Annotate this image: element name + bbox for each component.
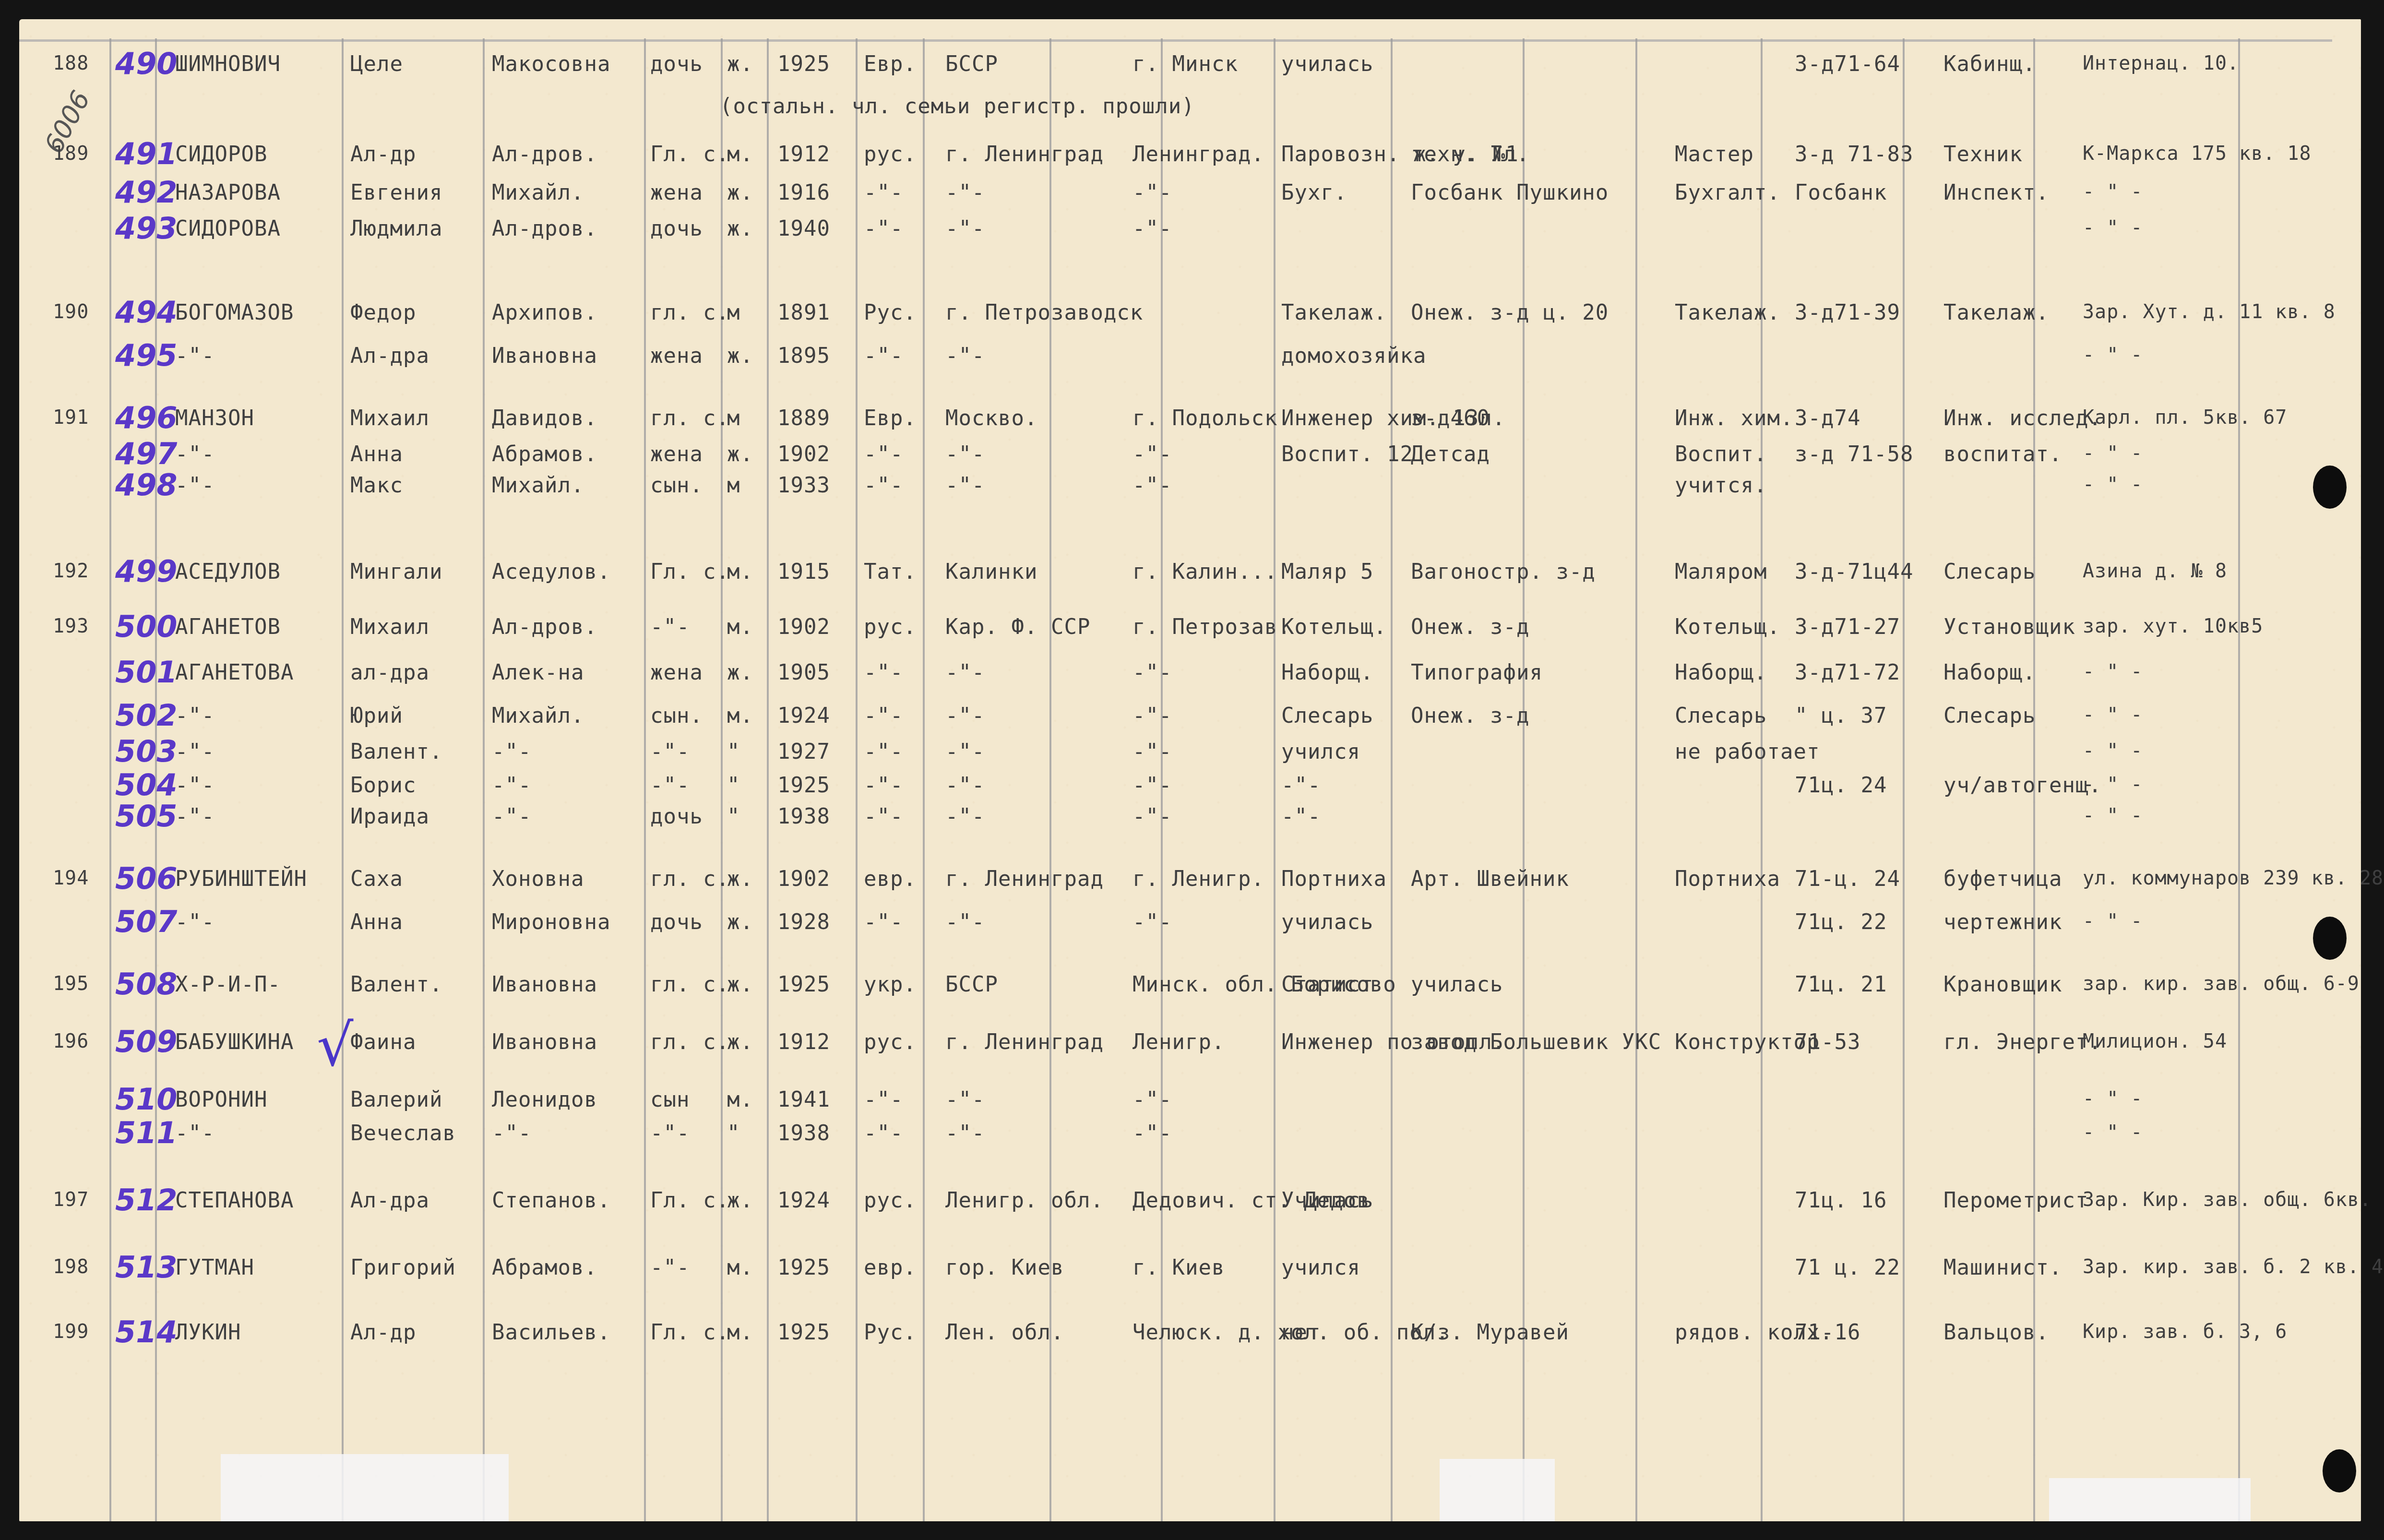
cell-surname: АГАНЕТОВ bbox=[175, 617, 281, 638]
cell-num: 509 bbox=[115, 1027, 177, 1057]
cell-year: 1928 bbox=[777, 912, 830, 933]
cell-nat: -"- bbox=[864, 1123, 903, 1144]
cell-birth1: Лен. обл. bbox=[945, 1322, 1064, 1343]
cell-relation: Гл. с. bbox=[650, 561, 729, 583]
cell-year: 1902 bbox=[777, 617, 830, 638]
cell-address: - " - bbox=[2083, 705, 2143, 725]
cell-work2: К/з. Муравей bbox=[1411, 1322, 1569, 1343]
checkmark-icon: √ bbox=[317, 1017, 353, 1075]
cell-birth1: Кар. Ф. ССР bbox=[945, 617, 1090, 638]
cell-surname: АСЕДУЛОВ bbox=[175, 561, 281, 583]
cell-sex: м. bbox=[727, 144, 753, 165]
cell-prof2: Установщик bbox=[1943, 617, 2075, 638]
cell-relation: гл. с. bbox=[650, 974, 729, 995]
cell-patronymic: -"- bbox=[492, 775, 531, 796]
cell-address: зар. кир. зав. общ. 6-9 bbox=[2083, 974, 2360, 993]
cell-birth2: -"- bbox=[1132, 218, 1172, 239]
cell-num: 500 bbox=[115, 612, 177, 642]
cell-nat: -"- bbox=[864, 182, 903, 203]
cell-patronymic: Степанов. bbox=[492, 1190, 610, 1211]
cell-nat: Рус. bbox=[864, 302, 917, 323]
cell-patronymic: Мироновна bbox=[492, 912, 610, 933]
cell-num: 499 bbox=[115, 557, 177, 586]
cell-surname: ГУТМАН bbox=[175, 1257, 254, 1278]
top-rule bbox=[19, 39, 2332, 42]
cell-birth2: -"- bbox=[1132, 444, 1172, 465]
cell-sex: м bbox=[727, 408, 740, 429]
cell-name: Валент. bbox=[350, 974, 442, 995]
cell-name: Фаина bbox=[350, 1032, 416, 1053]
cell-surname: СИДОРОВ bbox=[175, 144, 267, 165]
cell-year: 1924 bbox=[777, 705, 830, 727]
cell-work1: Бухг. bbox=[1281, 182, 1347, 203]
cell-address: Милицион. 54 bbox=[2083, 1032, 2227, 1051]
cell-relation: Гл. с. bbox=[650, 1190, 729, 1211]
cell-patronymic: Васильев. bbox=[492, 1322, 610, 1343]
cell-patronymic: Михайл. bbox=[492, 705, 584, 727]
cell-year: 1902 bbox=[777, 869, 830, 890]
column-rule bbox=[1274, 38, 1275, 1521]
cell-prof: Маляром bbox=[1675, 561, 1767, 583]
cell-prof2: гл. Энергет. bbox=[1943, 1032, 2102, 1053]
cell-sex: м bbox=[727, 302, 740, 323]
cell-surname: -"- bbox=[175, 475, 215, 496]
cell-code: 71-ц. 24 bbox=[1795, 869, 1900, 890]
cell-patronymic: -"- bbox=[492, 1123, 531, 1144]
cell-num: 495 bbox=[115, 341, 177, 370]
cell-relation: жена bbox=[650, 662, 703, 683]
cell-birth2: г. Ленигр. bbox=[1132, 869, 1264, 890]
cell-work1: Портниха bbox=[1281, 869, 1387, 890]
cell-patronymic: Абрамов. bbox=[492, 1257, 597, 1278]
cell-surname: -"- bbox=[175, 741, 215, 763]
cell-num: 513 bbox=[115, 1253, 177, 1282]
cell-name: Михаил bbox=[350, 617, 429, 638]
cell-work2: Онеж. з-д bbox=[1411, 705, 1529, 727]
cell-surname: АГАНЕТОВА bbox=[175, 662, 294, 683]
cell-address: Кир. зав. б. 3, 6 bbox=[2083, 1322, 2287, 1341]
cell-address: ул. коммунаров 239 кв. 28 bbox=[2083, 869, 2384, 888]
cell-work1: Наборщ. bbox=[1281, 662, 1373, 683]
cell-year: 1905 bbox=[777, 662, 830, 683]
cell-work1: училась bbox=[1281, 54, 1373, 75]
cell-patronymic: Ал-дров. bbox=[492, 218, 597, 239]
cell-address: зар. хут. 10кв5 bbox=[2083, 617, 2263, 636]
cell-birth2: -"- bbox=[1132, 475, 1172, 496]
column-rule bbox=[1523, 38, 1525, 1521]
cell-surname: СТЕПАНОВА bbox=[175, 1190, 294, 1211]
cell-name: Ал-дра bbox=[350, 1190, 429, 1211]
cell-sex: м. bbox=[727, 1322, 753, 1343]
column-rule bbox=[721, 38, 723, 1521]
cell-relation: жена bbox=[650, 444, 703, 465]
cell-address: - " - bbox=[2083, 475, 2143, 494]
cell-name: Анна bbox=[350, 912, 403, 933]
cell-birth1: г. Ленинград bbox=[945, 869, 1104, 890]
cell-relation: -"- bbox=[650, 775, 690, 796]
cell-code: 3-д 71-83 bbox=[1795, 144, 1913, 165]
cell-nat: Евр. bbox=[864, 54, 917, 75]
cell-work2: Арт. Швейник bbox=[1411, 869, 1569, 890]
cell-prof2: Вальцов. bbox=[1943, 1322, 2049, 1343]
cell-relation: дочь bbox=[650, 806, 703, 827]
cell-patronymic: Михайл. bbox=[492, 182, 584, 203]
cell-year: 1938 bbox=[777, 806, 830, 827]
cell-sex: ж. bbox=[727, 869, 753, 890]
cell-sex: ж. bbox=[727, 182, 753, 203]
cell-birth1: -"- bbox=[945, 912, 985, 933]
cell-fam: 196 bbox=[53, 1032, 89, 1051]
cell-code: 71ц. 24 bbox=[1795, 775, 1887, 796]
cell-name: Макс bbox=[350, 475, 403, 496]
cell-address: Интернац. 10. bbox=[2083, 54, 2239, 73]
cell-num: 497 bbox=[115, 439, 177, 469]
cell-patronymic: Алек-на bbox=[492, 662, 584, 683]
cell-birth2: -"- bbox=[1132, 705, 1172, 727]
tape-strip bbox=[221, 1454, 509, 1521]
cell-sex: ж. bbox=[727, 444, 753, 465]
cell-work2: Детсад bbox=[1411, 444, 1490, 465]
cell-surname: Х-Р-И-П- bbox=[175, 974, 281, 995]
cell-birth1: -"- bbox=[945, 1123, 985, 1144]
cell-relation: сын bbox=[650, 1089, 690, 1110]
cell-relation: гл. с. bbox=[650, 869, 729, 890]
cell-prof2: чертежник bbox=[1943, 912, 2062, 933]
cell-work2: училась bbox=[1411, 974, 1503, 995]
cell-surname: НАЗАРОВА bbox=[175, 182, 281, 203]
cell-birth1: -"- bbox=[945, 775, 985, 796]
cell-year: 1927 bbox=[777, 741, 830, 763]
cell-birth1: Ленигр. обл. bbox=[945, 1190, 1104, 1211]
cell-work1: Статист bbox=[1281, 974, 1373, 995]
cell-nat: -"- bbox=[864, 1089, 903, 1110]
cell-address: - " - bbox=[2083, 775, 2143, 794]
cell-name: Федор bbox=[350, 302, 416, 323]
cell-name: Ираида bbox=[350, 806, 429, 827]
cell-name: Валент. bbox=[350, 741, 442, 763]
cell-birth2: Ленигр. bbox=[1132, 1032, 1225, 1053]
cell-work2: Типография bbox=[1411, 662, 1543, 683]
cell-patronymic: Ал-дров. bbox=[492, 144, 597, 165]
cell-address: - " - bbox=[2083, 182, 2143, 202]
cell-name: Григорий bbox=[350, 1257, 456, 1278]
cell-address: - " - bbox=[2083, 346, 2143, 365]
cell-prof: Инж. хим. bbox=[1675, 408, 1793, 429]
cell-nat: -"- bbox=[864, 912, 903, 933]
cell-prof: Такелаж. bbox=[1675, 302, 1780, 323]
cell-relation: дочь bbox=[650, 218, 703, 239]
cell-patronymic: Архипов. bbox=[492, 302, 597, 323]
cell-num: 511 bbox=[115, 1118, 177, 1148]
cell-birth2: -"- bbox=[1132, 662, 1172, 683]
cell-relation: -"- bbox=[650, 741, 690, 763]
cell-birth1: -"- bbox=[945, 1089, 985, 1110]
cell-code: " ц. 37 bbox=[1795, 705, 1887, 727]
cell-work1: учился bbox=[1281, 1257, 1360, 1278]
cell-year: 1933 bbox=[777, 475, 830, 496]
cell-num: 512 bbox=[115, 1185, 177, 1215]
cell-relation: -"- bbox=[650, 617, 690, 638]
cell-birth2: -"- bbox=[1132, 741, 1172, 763]
cell-year: 1912 bbox=[777, 144, 830, 165]
cell-surname: -"- bbox=[175, 806, 215, 827]
cell-relation: дочь bbox=[650, 54, 703, 75]
column-rule bbox=[923, 38, 925, 1521]
cell-surname: РУБИНШТЕЙН bbox=[175, 869, 307, 890]
cell-nat: -"- bbox=[864, 218, 903, 239]
cell-fam: 189 bbox=[53, 144, 89, 163]
cell-fam: 193 bbox=[53, 617, 89, 636]
cell-birth2: -"- bbox=[1132, 1123, 1172, 1144]
cell-fam: 190 bbox=[53, 302, 89, 322]
cell-nat: Евр. bbox=[864, 408, 917, 429]
cell-birth1: г. Ленинград bbox=[945, 144, 1104, 165]
cell-name: Юрий bbox=[350, 705, 403, 727]
column-rule bbox=[483, 38, 485, 1521]
cell-work1: -"- bbox=[1281, 806, 1321, 827]
cell-nat: -"- bbox=[864, 475, 903, 496]
cell-work1: Такелаж. bbox=[1281, 302, 1387, 323]
cell-relation: жена bbox=[650, 346, 703, 367]
cell-birth1: -"- bbox=[945, 475, 985, 496]
cell-birth2: г. Киев bbox=[1132, 1257, 1225, 1278]
cell-birth1: -"- bbox=[945, 444, 985, 465]
cell-patronymic: Хоновна bbox=[492, 869, 584, 890]
cell-num: 510 bbox=[115, 1085, 177, 1114]
cell-work2: Онеж. з-д bbox=[1411, 617, 1529, 638]
cell-patronymic: Ивановна bbox=[492, 974, 597, 995]
cell-year: 1912 bbox=[777, 1032, 830, 1053]
column-rule bbox=[2238, 38, 2240, 1521]
cell-address: - " - bbox=[2083, 218, 2143, 238]
cell-birth2: Ленинград. bbox=[1132, 144, 1264, 165]
cell-num: 505 bbox=[115, 801, 177, 831]
column-rule bbox=[1391, 38, 1393, 1521]
cell-work1: домохозяйка bbox=[1281, 346, 1426, 367]
cell-birth1: -"- bbox=[945, 346, 985, 367]
cell-prof2: Инспект. bbox=[1943, 182, 2049, 203]
cell-surname: СИДОРОВА bbox=[175, 218, 281, 239]
cell-code: 71 ц. 22 bbox=[1795, 1257, 1900, 1278]
cell-num: 498 bbox=[115, 470, 177, 500]
cell-fam: 188 bbox=[53, 54, 89, 73]
cell-birth2: -"- bbox=[1132, 775, 1172, 796]
cell-year: 1924 bbox=[777, 1190, 830, 1211]
cell-code: 71-16 bbox=[1795, 1322, 1860, 1343]
cell-relation: жена bbox=[650, 182, 703, 203]
cell-birth2: -"- bbox=[1132, 182, 1172, 203]
cell-sex: ж. bbox=[727, 1032, 753, 1053]
cell-work2: Госбанк Пушкино bbox=[1411, 182, 1609, 203]
column-rule bbox=[1049, 38, 1051, 1521]
column-rule bbox=[644, 38, 646, 1521]
cell-nat: рус. bbox=[864, 617, 917, 638]
cell-birth2: -"- bbox=[1132, 806, 1172, 827]
cell-code: 71ц. 21 bbox=[1795, 974, 1887, 995]
cell-work1: училась bbox=[1281, 912, 1373, 933]
column-rule bbox=[342, 38, 344, 1521]
cell-patronymic: Ивановна bbox=[492, 1032, 597, 1053]
cell-surname: -"- bbox=[175, 346, 215, 367]
cell-patronymic: Леонидов bbox=[492, 1089, 597, 1110]
cell-nat: евр. bbox=[864, 869, 917, 890]
cell-code: 71-53 bbox=[1795, 1032, 1860, 1053]
cell-prof2: буфетчица bbox=[1943, 869, 2062, 890]
cell-code: 71ц. 22 bbox=[1795, 912, 1887, 933]
cell-fam: 198 bbox=[53, 1257, 89, 1277]
cell-sex: " bbox=[727, 775, 740, 796]
cell-year: 1891 bbox=[777, 302, 830, 323]
punch-hole bbox=[2313, 917, 2347, 960]
column-rule bbox=[1903, 38, 1905, 1521]
cell-relation: Гл. с. bbox=[650, 144, 729, 165]
cell-patronymic: -"- bbox=[492, 741, 531, 763]
cell-name: Борис bbox=[350, 775, 416, 796]
cell-code: 3-д71-27 bbox=[1795, 617, 1900, 638]
cell-code: Госбанк bbox=[1795, 182, 1887, 203]
cell-surname: -"- bbox=[175, 775, 215, 796]
cell-birth1: -"- bbox=[945, 705, 985, 727]
cell-nat: -"- bbox=[864, 444, 903, 465]
cell-num: 492 bbox=[115, 178, 177, 207]
cell-patronymic: Макосовна bbox=[492, 54, 610, 75]
cell-birth1: -"- bbox=[945, 741, 985, 763]
cell-work1: Котельщ. bbox=[1281, 617, 1387, 638]
cell-work1: -"- bbox=[1281, 775, 1321, 796]
cell-address: - " - bbox=[2083, 444, 2143, 463]
cell-name: Ал-дра bbox=[350, 346, 429, 367]
cell-prof2: Машинист. bbox=[1943, 1257, 2062, 1278]
cell-prof: Мастер bbox=[1675, 144, 1754, 165]
cell-work2: завод Большевик УКС bbox=[1411, 1032, 1661, 1053]
cell-year: 1895 bbox=[777, 346, 830, 367]
cell-address: Зар. Кир. зав. общ. 6кв. 10 bbox=[2083, 1190, 2384, 1209]
register-page: 6006 (остальн. чл. семьи регистр. прошли… bbox=[19, 19, 2361, 1521]
cell-birth1: г. Ленинград bbox=[945, 1032, 1104, 1053]
cell-patronymic: Давидов. bbox=[492, 408, 597, 429]
cell-num: 508 bbox=[115, 969, 177, 999]
cell-sex: м. bbox=[727, 1089, 753, 1110]
cell-birth1: БССР bbox=[945, 54, 998, 75]
cell-birth2: г. Калин... bbox=[1132, 561, 1277, 583]
cell-surname: МАНЗОН bbox=[175, 408, 254, 429]
cell-year: 1925 bbox=[777, 974, 830, 995]
cell-prof: Наборщ. bbox=[1675, 662, 1767, 683]
cell-sex: м. bbox=[727, 617, 753, 638]
cell-surname: ВОРОНИН bbox=[175, 1089, 267, 1110]
cell-patronymic: Аседулов. bbox=[492, 561, 610, 583]
cell-birth1: Москво. bbox=[945, 408, 1037, 429]
cell-surname: БАБУШКИНА bbox=[175, 1032, 294, 1053]
cell-num: 503 bbox=[115, 737, 177, 766]
cell-code: 3-д-71ц44 bbox=[1795, 561, 1913, 583]
cell-birth1: -"- bbox=[945, 662, 985, 683]
cell-address: К-Маркса 175 кв. 18 bbox=[2083, 144, 2312, 163]
cell-patronymic: -"- bbox=[492, 806, 531, 827]
tape-strip bbox=[2049, 1478, 2251, 1521]
cell-name: Валерий bbox=[350, 1089, 442, 1110]
column-rule bbox=[856, 38, 858, 1521]
cell-name: Ал-др bbox=[350, 144, 416, 165]
cell-patronymic: Михайл. bbox=[492, 475, 584, 496]
cell-num: 502 bbox=[115, 701, 177, 730]
cell-year: 1925 bbox=[777, 54, 830, 75]
cell-nat: -"- bbox=[864, 346, 903, 367]
cell-nat: евр. bbox=[864, 1257, 917, 1278]
cell-num: 507 bbox=[115, 907, 177, 937]
cell-address: - " - bbox=[2083, 912, 2143, 931]
cell-patronymic: Ивановна bbox=[492, 346, 597, 367]
cell-address: - " - bbox=[2083, 662, 2143, 681]
cell-address: Зар. кир. зав. б. 2 кв. 4 bbox=[2083, 1257, 2384, 1277]
cell-prof: Слесарь bbox=[1675, 705, 1767, 727]
cell-sex: ж. bbox=[727, 974, 753, 995]
cell-surname: ШИМНОВИЧ bbox=[175, 54, 281, 75]
cell-prof2: Слесарь bbox=[1943, 561, 2036, 583]
cell-fam: 191 bbox=[53, 408, 89, 427]
cell-num: 514 bbox=[115, 1317, 177, 1347]
cell-num: 490 bbox=[115, 49, 177, 79]
cell-nat: -"- bbox=[864, 662, 903, 683]
cell-birth1: гор. Киев bbox=[945, 1257, 1064, 1278]
cell-nat: Тат. bbox=[864, 561, 917, 583]
cell-num: 494 bbox=[115, 298, 177, 327]
cell-work2: Онеж. з-д ц. 20 bbox=[1411, 302, 1609, 323]
cell-patronymic: Абрамов. bbox=[492, 444, 597, 465]
cell-sex: м. bbox=[727, 705, 753, 727]
cell-num: 504 bbox=[115, 770, 177, 800]
cell-fam: 199 bbox=[53, 1322, 89, 1341]
cell-sex: ж. bbox=[727, 1190, 753, 1211]
cell-fam: 194 bbox=[53, 869, 89, 888]
row-note: (остальн. чл. семьи регистр. прошли) bbox=[720, 96, 1195, 117]
column-rule bbox=[1761, 38, 1763, 1521]
cell-birth1: -"- bbox=[945, 182, 985, 203]
cell-sex: ж. bbox=[727, 218, 753, 239]
cell-work1: нет bbox=[1281, 1322, 1321, 1343]
cell-birth2: -"- bbox=[1132, 912, 1172, 933]
cell-nat: -"- bbox=[864, 705, 903, 727]
cell-prof: учится. bbox=[1675, 475, 1767, 496]
cell-num: 491 bbox=[115, 139, 177, 169]
cell-address: - " - bbox=[2083, 1089, 2143, 1109]
cell-year: 1925 bbox=[777, 1322, 830, 1343]
cell-year: 1902 bbox=[777, 444, 830, 465]
cell-relation: сын. bbox=[650, 475, 703, 496]
punch-hole bbox=[2313, 466, 2347, 509]
cell-num: 496 bbox=[115, 403, 177, 433]
cell-relation: сын. bbox=[650, 705, 703, 727]
cell-relation: дочь bbox=[650, 912, 703, 933]
cell-address: Карл. пл. 5кв. 67 bbox=[2083, 408, 2287, 427]
cell-prof2: воспитат. bbox=[1943, 444, 2062, 465]
cell-fam: 195 bbox=[53, 974, 89, 993]
cell-address: Азина д. № 8 bbox=[2083, 561, 2227, 581]
cell-num: 493 bbox=[115, 214, 177, 243]
cell-year: 1916 bbox=[777, 182, 830, 203]
cell-prof2: Такелаж. bbox=[1943, 302, 2049, 323]
cell-sex: " bbox=[727, 1123, 740, 1144]
cell-surname: -"- bbox=[175, 705, 215, 727]
cell-surname: -"- bbox=[175, 912, 215, 933]
cell-relation: гл. с. bbox=[650, 1032, 729, 1053]
cell-address: - " - bbox=[2083, 806, 2143, 825]
cell-year: 1925 bbox=[777, 1257, 830, 1278]
cell-nat: укр. bbox=[864, 974, 917, 995]
cell-work1: Маляр 5 bbox=[1281, 561, 1373, 583]
cell-prof: Воспит. bbox=[1675, 444, 1767, 465]
cell-birth2: г. Минск bbox=[1132, 54, 1238, 75]
